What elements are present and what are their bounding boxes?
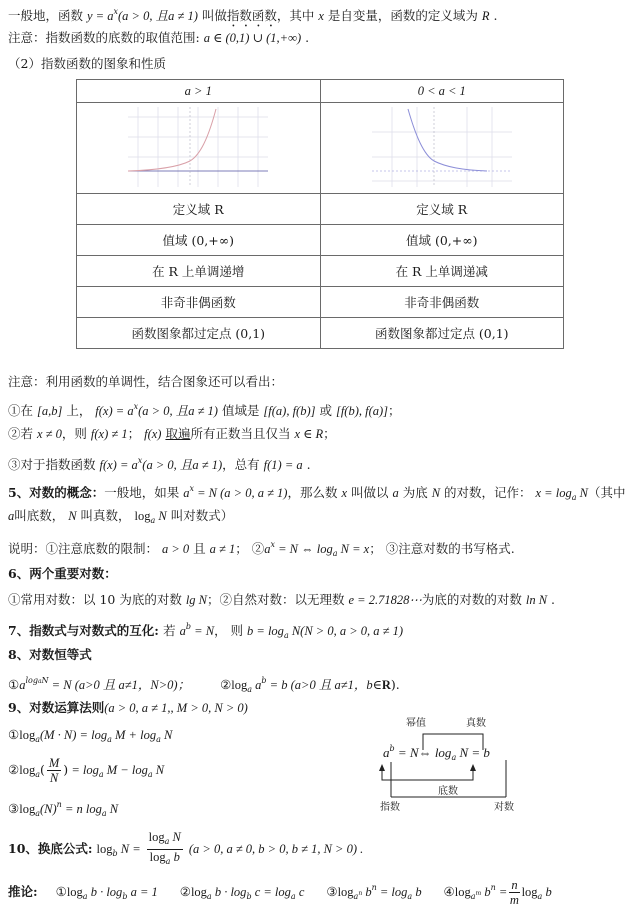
formula: N <box>169 830 180 844</box>
denominator: loga b <box>150 850 180 869</box>
table-row-parity: 非奇非偶函数 非奇非偶函数 <box>77 287 564 318</box>
formula: log <box>338 885 354 899</box>
formula: b <box>362 885 371 899</box>
formula: = n log <box>62 802 102 816</box>
text: 且 <box>189 541 209 556</box>
text: ③对于指数函数 <box>8 457 99 472</box>
formula: log <box>455 885 471 899</box>
formula: N(N > 0, a > 0, a ≠ 1) <box>289 624 403 638</box>
fraction: nm <box>509 878 519 905</box>
graph-row <box>77 103 564 194</box>
formula: log <box>191 885 207 899</box>
section-title: 推论: <box>8 884 38 899</box>
properties-table: a > 1 0 < a < 1 <box>76 79 564 349</box>
sec5-explanation: 说明：①注意底数的限制： a > 0 且 a ≠ 1； ②ax = N ⇔ lo… <box>8 537 515 562</box>
formula: N <box>153 763 164 777</box>
formula: log <box>522 885 538 899</box>
formula: e = 2.71828⋯ <box>349 593 422 607</box>
sec5-definition: 5、对数的概念：一般地，如果 ax = N (a > 0, a ≠ 1)，那么数… <box>8 481 625 506</box>
text: 注意：指数函数的底数的取值范围: <box>8 30 204 45</box>
sec9-rule-1: ①loga(M · N) = loga M + loga N <box>8 727 172 748</box>
text: ，那么数 <box>287 485 341 500</box>
text: 叫做 <box>198 8 227 23</box>
text: ② <box>180 884 191 899</box>
formula: = N (a>0 且 a≠1，N>0)； <box>49 678 191 692</box>
numerator: loga N <box>147 830 183 850</box>
text: ② <box>220 677 231 692</box>
text: 的对数，记作： <box>440 485 535 500</box>
condition: a ≠ 1 <box>210 542 236 556</box>
text: ； ③注意对数的书写格式. <box>369 541 514 556</box>
text: . <box>301 30 309 45</box>
text: ③ <box>8 801 19 816</box>
formula: f(x) = a <box>99 458 137 472</box>
text: ， 则 <box>214 623 247 638</box>
header-a-gt-1: a > 1 <box>77 80 321 103</box>
section-title: 9、对数运算法则 <box>8 700 104 715</box>
formula: N = x <box>338 542 370 556</box>
variable: N <box>68 509 76 523</box>
cell: 值域 (0,+∞) <box>320 225 564 256</box>
formula: log <box>231 678 247 692</box>
range: [f(b), f(a)] <box>336 404 388 418</box>
formula: = log <box>68 763 99 777</box>
corollary-2: ②loga b · logb c = loga c <box>180 884 305 899</box>
denominator: m <box>510 893 519 905</box>
text: ①常用对数：以 10 为底的对数 <box>8 592 186 607</box>
formula: a = 1 <box>127 885 157 899</box>
underlined-term: 取遍 <box>165 426 190 441</box>
interval: [a,b] <box>37 404 62 418</box>
formula: b <box>481 885 490 899</box>
formula: = <box>496 885 508 899</box>
table-row-monotonicity: 在 R 上单调递增 在 R 上单调递减 <box>77 256 564 287</box>
formula: = log <box>377 885 408 899</box>
text: ； <box>323 426 336 441</box>
cell: 在 R 上单调递减 <box>320 256 564 287</box>
formula: (N) <box>40 802 57 816</box>
table-row-fixed-point: 函数图象都过定点 (0,1) 函数图象都过定点 (0,1) <box>77 318 564 349</box>
real-set: R <box>382 678 391 692</box>
text: 或 <box>316 403 336 418</box>
text: ③ <box>326 884 337 899</box>
formula: = N⇔ log <box>395 745 452 760</box>
section-title: 10、换底公式: <box>8 841 93 856</box>
formula: M − log <box>104 763 148 777</box>
sec9-rule-2: ②loga(MN) = loga M − loga N <box>8 756 164 785</box>
section-title: 7、指数式与对数式的互化: <box>8 623 163 638</box>
text: 所有正数当且仅当 <box>190 426 294 441</box>
text: ；②自然对数：以无理数 <box>207 592 348 607</box>
sec7: 7、指数式与对数式的互化: 若 ab = N， 则 b = loga N(N >… <box>8 619 403 644</box>
text: ，其中 <box>277 8 318 23</box>
formula: N <box>576 486 587 500</box>
text: 叫做以 <box>347 485 392 500</box>
formula: f(x) = a <box>95 404 133 418</box>
formula: M + log <box>112 728 156 742</box>
condition: (a > 0, a ≠ 1,, M > 0, N > 0) <box>104 701 248 715</box>
subscript: a <box>35 770 40 779</box>
formula: b · log <box>212 885 247 899</box>
text: . <box>490 8 498 23</box>
text: 是自变量，函数的定义域为 <box>324 8 482 23</box>
text: ① <box>56 884 67 899</box>
set: x ∈ R <box>294 427 323 441</box>
label-logarithm: 对数 <box>494 798 514 813</box>
formula: log <box>19 763 35 777</box>
condition: (a > 0, a ≠ 0, b > 0, b ≠ 1, N > 0) . <box>189 842 363 856</box>
formula: c = log <box>252 885 291 899</box>
text: 值域是 <box>218 403 263 418</box>
text: ①在 <box>8 403 37 418</box>
formula: b <box>542 885 551 899</box>
log-exp-relation-diagram: 幂值 真数 ab = N⇔ loga N = b 底数 指数 对数 <box>378 712 538 812</box>
formula: ln N <box>526 593 547 607</box>
formula: N <box>161 728 172 742</box>
text: ② <box>8 762 19 777</box>
formula: log <box>150 850 166 864</box>
formula: b <box>412 885 421 899</box>
label-index: 指数 <box>380 798 400 813</box>
table-row-domain: 定义域 R 定义域 R <box>77 194 564 225</box>
intro-note: 注意：指数函数的底数的取值范围: a ∈ (0,1) ∪ (1,+∞) . <box>8 30 309 46</box>
formula: y = a <box>87 9 113 23</box>
fraction: MN <box>47 756 61 785</box>
condition: (a > 0, 且a ≠ 1) <box>118 9 198 23</box>
formula: x = log <box>535 486 571 500</box>
cell: 值域 (0,+∞) <box>77 225 321 256</box>
text: ). <box>391 677 400 692</box>
formula: log <box>97 842 113 856</box>
corollaries: 推论: ①loga b · logb a = 1 ②loga b · logb … <box>8 878 552 905</box>
intro-definition: 一般地，函数 y = ax(a > 0, 且a ≠ 1) 叫做指数函数，其中 x… <box>8 4 497 30</box>
formula: (M · N) = log <box>40 728 107 742</box>
emphasized-term: 指数函数 <box>227 8 277 23</box>
cell: 定义域 R <box>77 194 321 225</box>
formula: = b (a>0 且 a≠1，b∈ <box>267 678 382 692</box>
table-row-range: 值域 (0,+∞) 值域 (0,+∞) <box>77 225 564 256</box>
formula: = N (a > 0, a ≠ 1) <box>194 486 288 500</box>
numerator: n <box>509 878 519 893</box>
text: 一般地，如果 <box>104 485 183 500</box>
formula: c <box>296 885 305 899</box>
formula: f(x) <box>144 427 161 441</box>
section2-title: （2）指数函数的图象和性质 <box>8 56 166 72</box>
text: ； <box>388 403 401 418</box>
label-true-number: 真数 <box>466 714 486 729</box>
text: 叫真数， <box>77 508 135 523</box>
range: [f(a), f(b)] <box>263 404 315 418</box>
text: 叫底数， <box>14 508 68 523</box>
cell: 函数图象都过定点 (0,1) <box>320 318 564 349</box>
corollary-4: ④logam bn =nmloga b <box>444 884 552 899</box>
denominator: N <box>50 771 58 785</box>
exponent: N <box>42 676 49 685</box>
text: ，则 <box>62 426 91 441</box>
cell: 函数图象都过定点 (0,1) <box>77 318 321 349</box>
fraction: loga N loga b <box>147 830 183 869</box>
cell: 非奇非偶函数 <box>77 287 321 318</box>
formula: log <box>149 830 165 844</box>
sec6-title: 6、两个重要对数： <box>8 566 117 582</box>
exponent: log <box>25 676 38 685</box>
formula: N <box>155 509 166 523</box>
sec8-identities: ①alogaN = N (a>0 且 a≠1，N>0)； ②loga ab = … <box>8 673 400 698</box>
formula: log <box>19 728 35 742</box>
increasing-exponential-graph <box>128 107 268 187</box>
diagram-lines <box>378 712 538 812</box>
notes-title: 注意：利用函数的单调性，结合图象还可以看出： <box>8 374 283 390</box>
formula: log <box>67 885 83 899</box>
formula: = N ⇔ log <box>275 542 333 556</box>
sec5-definition-cont: a叫底数， N 叫真数， loga N 叫对数式） <box>8 508 233 529</box>
text: （其中 <box>588 485 626 500</box>
condition: a > 0 <box>162 542 189 556</box>
text: ； ② <box>235 541 264 556</box>
corollary-3: ③logan bn = loga b <box>326 884 421 899</box>
formula: b = log <box>247 624 284 638</box>
text: ； <box>128 426 144 441</box>
text: ，总有 <box>222 457 263 472</box>
text: 上， <box>62 403 95 418</box>
text: . <box>547 592 555 607</box>
domain: R <box>482 9 490 23</box>
text: . <box>303 457 311 472</box>
text: 一般地，函数 <box>8 8 87 23</box>
section-title: 5、对数的概念： <box>8 485 104 500</box>
text: ②若 <box>8 426 37 441</box>
note-item-1: ①在 [a,b] 上， f(x) = ax(a > 0, 且a ≠ 1) 值域是… <box>8 399 401 419</box>
formula: log <box>19 802 35 816</box>
formula: = N <box>191 624 214 638</box>
text: 若 <box>163 623 179 638</box>
diagram-equation: ab = N⇔ loga N = b <box>383 744 490 762</box>
formula: b · log <box>88 885 123 899</box>
formula: lg N <box>186 593 207 607</box>
text: 叫对数式） <box>167 508 233 523</box>
condition: (a > 0, 且a ≠ 1) <box>138 404 218 418</box>
condition: x ≠ 0 <box>37 427 62 441</box>
corollary-1: ①loga b · logb a = 1 <box>56 884 158 899</box>
note-item-2: ②若 x ≠ 0，则 f(x) ≠ 1； f(x) 取遍所有正数当且仅当 x ∈… <box>8 426 336 442</box>
result: f(1) = a <box>264 458 303 472</box>
formula: N <box>107 802 118 816</box>
graph-decreasing-cell <box>320 103 564 194</box>
numerator: M <box>47 756 61 771</box>
label-power-value: 幂值 <box>406 714 426 729</box>
cell: 在 R 上单调递增 <box>77 256 321 287</box>
sec10-change-of-base: 10、换底公式: logb N = loga N loga b (a > 0, … <box>8 830 363 869</box>
formula: N = b <box>456 745 490 760</box>
text: ① <box>8 727 19 742</box>
cell: 定义域 R <box>320 194 564 225</box>
formula: b <box>170 850 179 864</box>
label-base: 底数 <box>438 782 458 797</box>
text: 为底的对数的对数 <box>422 592 526 607</box>
condition: (a > 0, 且a ≠ 1) <box>142 458 222 472</box>
sec8-title: 8、对数恒等式 <box>8 647 92 663</box>
formula: log <box>135 509 151 523</box>
table-header-row: a > 1 0 < a < 1 <box>77 80 564 103</box>
formula: N = <box>118 842 141 856</box>
note-item-3: ③对于指数函数 f(x) = ax(a > 0, 且a ≠ 1)，总有 f(1)… <box>8 453 311 473</box>
sec9-rule-3: ③loga(N)n = n loga N <box>8 797 118 822</box>
header-a-lt-1: 0 < a < 1 <box>320 80 564 103</box>
sec6-content: ①常用对数：以 10 为底的对数 lg N；②自然对数：以无理数 e = 2.7… <box>8 592 555 608</box>
text: 说明：①注意底数的限制： <box>8 541 162 556</box>
text: ① <box>8 677 19 692</box>
text: ④ <box>444 884 455 899</box>
formula: a ∈ (0,1) ∪ (1,+∞) <box>204 31 301 45</box>
graph-increasing-cell <box>77 103 321 194</box>
decreasing-exponential-graph <box>372 107 512 187</box>
cell: 非奇非偶函数 <box>320 287 564 318</box>
text: 为底 <box>399 485 432 500</box>
variable: N <box>432 486 440 500</box>
formula: f(x) ≠ 1 <box>91 427 128 441</box>
sec9-title: 9、对数运算法则(a > 0, a ≠ 1,, M > 0, N > 0) <box>8 700 248 716</box>
